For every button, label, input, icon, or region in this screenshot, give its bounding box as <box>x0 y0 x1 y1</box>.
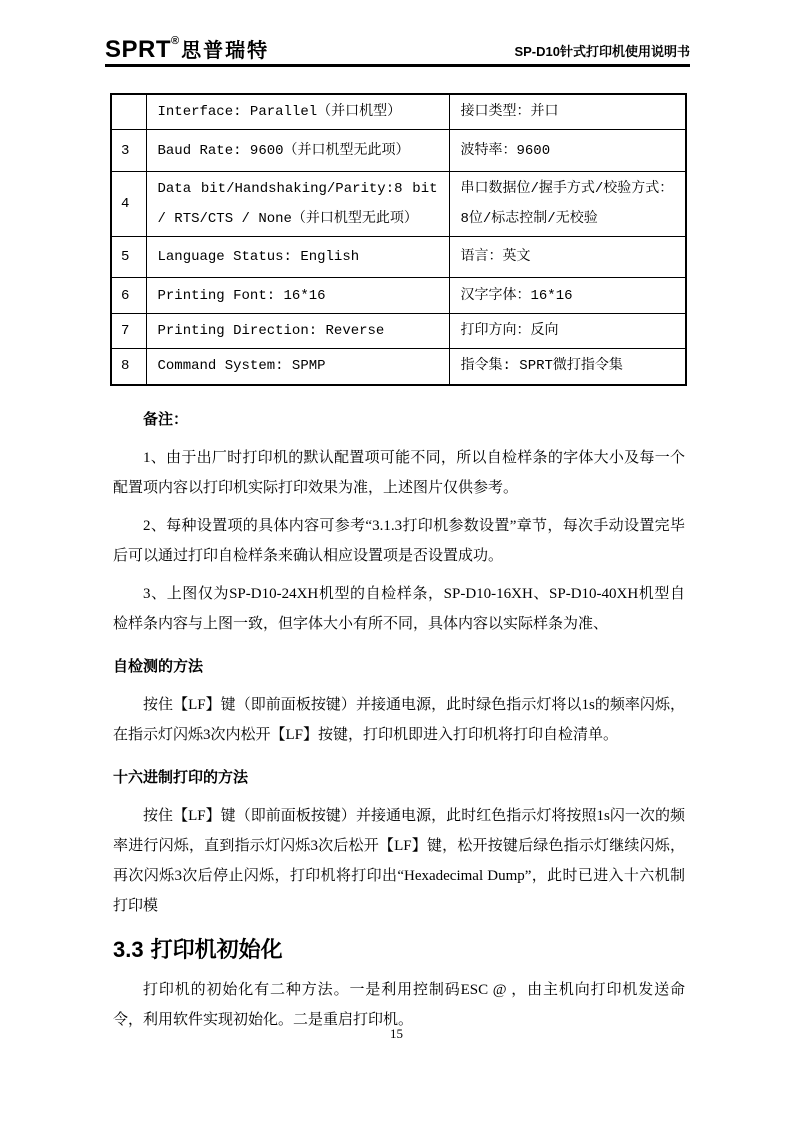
table-row: 4 Data bit/Handshaking/Parity:8 bit / RT… <box>111 172 686 237</box>
setting-chinese: 打印方向：反向 <box>449 314 686 349</box>
heading-self-test-method: 自检测的方法 <box>113 652 685 682</box>
setting-chinese: 语言：英文 <box>449 237 686 278</box>
section-number: 3.3 <box>113 937 144 962</box>
note-item-3: 3、上图仅为SP-D10-24XH机型的自检样条，SP-D10-16XH、SP-… <box>113 579 685 639</box>
table-row: 6 Printing Font: 16*16 汉字字体：16*16 <box>111 278 686 314</box>
page-footer: 15 <box>0 1026 793 1042</box>
setting-chinese: 汉字字体：16*16 <box>449 278 686 314</box>
page-number: 15 <box>390 1026 403 1041</box>
brand-name: SPRT <box>105 36 171 63</box>
setting-english: Printing Direction: Reverse <box>146 314 449 349</box>
setting-chinese: 波特率：9600 <box>449 130 686 172</box>
notes-label: 备注： <box>113 405 685 435</box>
note-item-1: 1、由于出厂时打印机的默认配置项可能不同，所以自检样条的字体大小及每一个配置项内… <box>113 443 685 503</box>
config-table: Interface: Parallel（并口机型） 接口类型：并口 3 Baud… <box>110 93 687 386</box>
section-title: 打印机初始化 <box>151 937 283 962</box>
setting-english: Command System: SPMP <box>146 349 449 385</box>
setting-chinese: 指令集: SPRT微打指令集 <box>449 349 686 385</box>
setting-english: Language Status: English <box>146 237 449 278</box>
table-row: 8 Command System: SPMP 指令集: SPRT微打指令集 <box>111 349 686 385</box>
row-number: 3 <box>111 130 146 172</box>
note-item-2: 2、每种设置项的具体内容可参考“3.1.3打印机参数设置”章节，每次手动设置完毕… <box>113 511 685 571</box>
row-number: 6 <box>111 278 146 314</box>
brand-logo: SPRT®思普瑞特 <box>105 38 269 62</box>
setting-english: Interface: Parallel（并口机型） <box>146 94 449 130</box>
row-number: 8 <box>111 349 146 385</box>
self-test-method-body: 按住【LF】键（即前面板按键）并接通电源，此时绿色指示灯将以1s的频率闪烁，在指… <box>113 690 685 750</box>
registered-trademark-icon: ® <box>171 35 179 47</box>
table-row: 7 Printing Direction: Reverse 打印方向：反向 <box>111 314 686 349</box>
row-number: 4 <box>111 172 146 237</box>
table-row: 3 Baud Rate: 9600（并口机型无此项） 波特率：9600 <box>111 130 686 172</box>
page-header: SPRT®思普瑞特 SP-D10针式打印机使用说明书 <box>105 38 690 67</box>
row-number: 5 <box>111 237 146 278</box>
setting-english: Printing Font: 16*16 <box>146 278 449 314</box>
brand-name-chinese: 思普瑞特 <box>181 40 269 62</box>
document-page: SPRT®思普瑞特 SP-D10针式打印机使用说明书 Interface: Pa… <box>0 0 793 1122</box>
row-number: 7 <box>111 314 146 349</box>
table-row: Interface: Parallel（并口机型） 接口类型：并口 <box>111 94 686 130</box>
body-content: 备注： 1、由于出厂时打印机的默认配置项可能不同，所以自检样条的字体大小及每一个… <box>113 395 685 1035</box>
setting-english: Data bit/Handshaking/Parity:8 bit / RTS/… <box>146 172 449 237</box>
table-row: 5 Language Status: English 语言：英文 <box>111 237 686 278</box>
row-number <box>111 94 146 130</box>
setting-chinese: 串口数据位/握手方式/校验方式：8位/标志控制/无校验 <box>449 172 686 237</box>
setting-english: Baud Rate: 9600（并口机型无此项） <box>146 130 449 172</box>
setting-chinese: 接口类型：并口 <box>449 94 686 130</box>
heading-printer-initialization: 3.3打印机初始化 <box>113 933 685 967</box>
hex-print-method-body: 按住【LF】键（即前面板按键）并接通电源，此时红色指示灯将按照1s闪一次的频率进… <box>113 801 685 921</box>
heading-hex-print-method: 十六进制打印的方法 <box>113 763 685 793</box>
document-title: SP-D10针式打印机使用说明书 <box>514 41 690 62</box>
